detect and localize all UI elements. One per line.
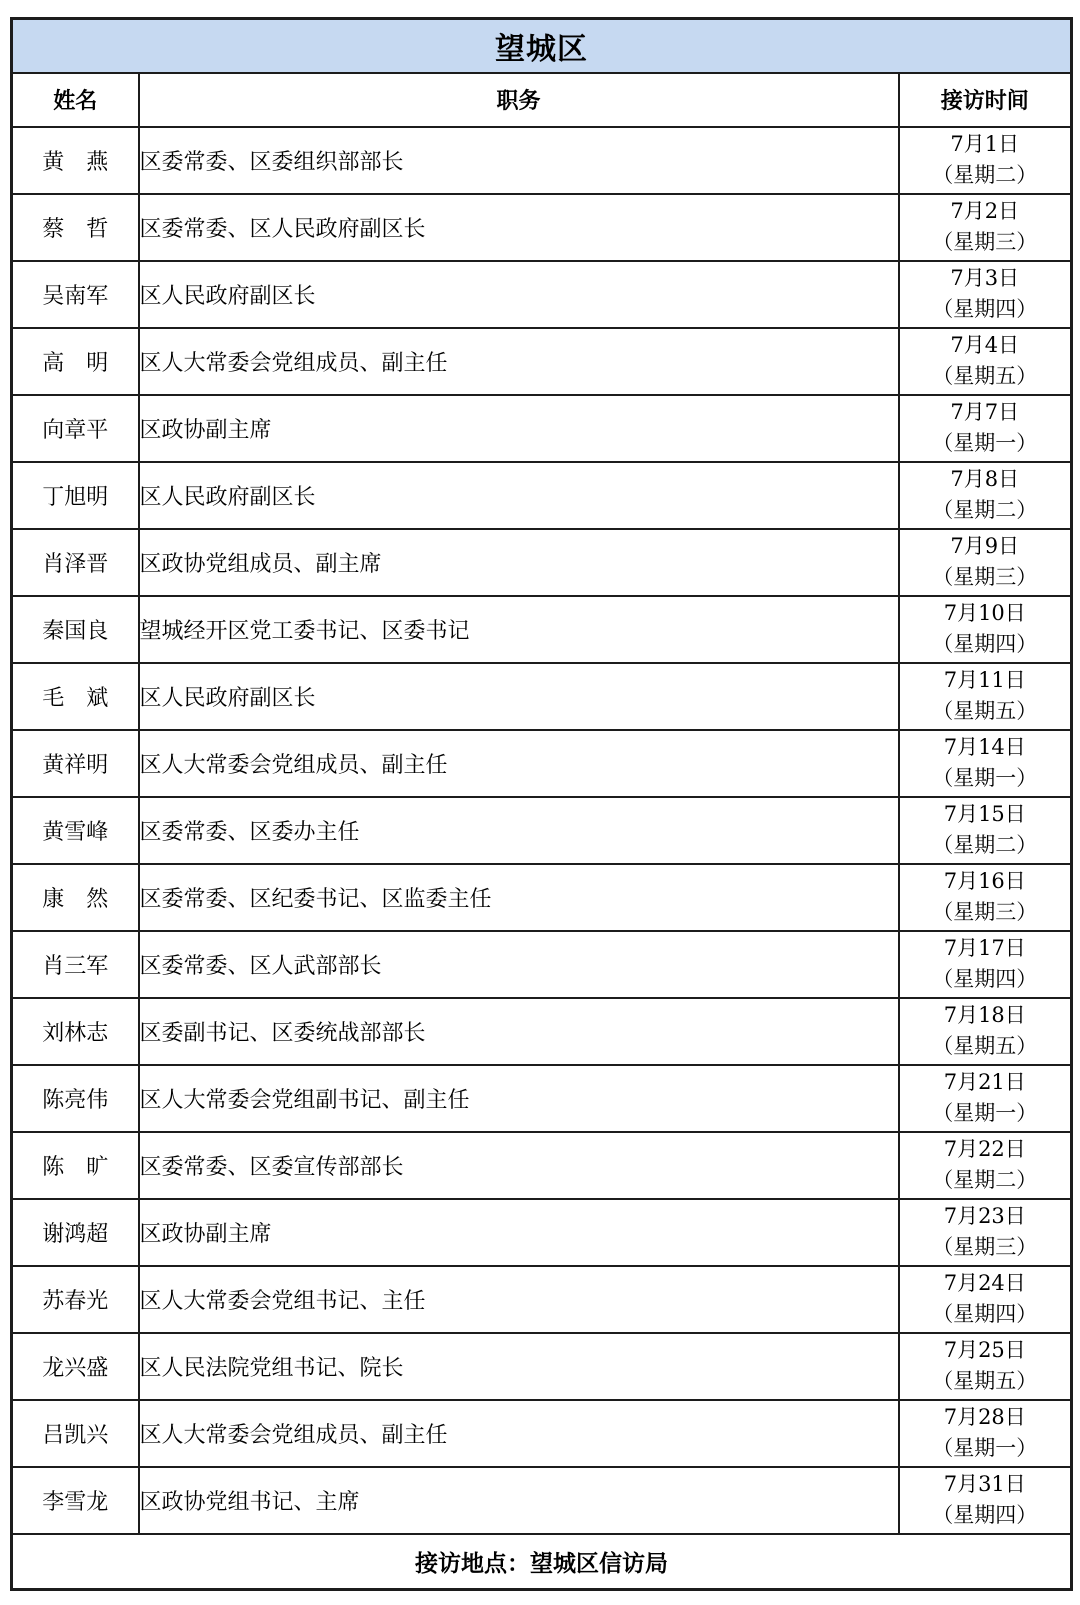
name-cell: 黄祥明: [12, 730, 139, 797]
date-text: 7月1日: [900, 129, 1071, 161]
table-row: 黄雪峰区委常委、区委办主任7月15日（星期二）: [12, 797, 1072, 864]
weekday-text: （星期一）: [900, 1098, 1071, 1130]
date-cell: 7月14日（星期一）: [899, 730, 1072, 797]
name-cell: 谢鸿超: [12, 1199, 139, 1266]
table-row: 蔡 哲区委常委、区人民政府副区长7月2日（星期三）: [12, 194, 1072, 261]
name-cell: 李雪龙: [12, 1467, 139, 1534]
weekday-text: （星期二）: [900, 830, 1071, 862]
weekday-text: （星期二）: [900, 495, 1071, 527]
date-cell: 7月9日（星期三）: [899, 529, 1072, 596]
name-cell: 龙兴盛: [12, 1333, 139, 1400]
date-text: 7月15日: [900, 799, 1071, 831]
position-cell: 区委常委、区人武部部长: [139, 931, 899, 998]
weekday-text: （星期一）: [900, 428, 1071, 460]
name-cell: 苏春光: [12, 1266, 139, 1333]
table-row: 刘林志区委副书记、区委统战部部长7月18日（星期五）: [12, 998, 1072, 1065]
weekday-text: （星期四）: [900, 629, 1071, 661]
position-cell: 区人大常委会党组成员、副主任: [139, 328, 899, 395]
date-cell: 7月4日（星期五）: [899, 328, 1072, 395]
date-cell: 7月11日（星期五）: [899, 663, 1072, 730]
column-header-name: 姓名: [12, 73, 139, 127]
position-cell: 区人大常委会党组副书记、副主任: [139, 1065, 899, 1132]
weekday-text: （星期四）: [900, 294, 1071, 326]
weekday-text: （星期二）: [900, 160, 1071, 192]
date-text: 7月17日: [900, 933, 1071, 965]
position-cell: 区人大常委会党组成员、副主任: [139, 730, 899, 797]
position-cell: 区人民政府副区长: [139, 663, 899, 730]
name-cell: 陈 旷: [12, 1132, 139, 1199]
table-row: 毛 斌区人民政府副区长7月11日（星期五）: [12, 663, 1072, 730]
weekday-text: （星期一）: [900, 1433, 1071, 1465]
position-cell: 区人民法院党组书记、院长: [139, 1333, 899, 1400]
name-cell: 秦国良: [12, 596, 139, 663]
date-text: 7月9日: [900, 531, 1071, 563]
column-header-time: 接访时间: [899, 73, 1072, 127]
date-text: 7月18日: [900, 1000, 1071, 1032]
date-text: 7月8日: [900, 464, 1071, 496]
date-cell: 7月15日（星期二）: [899, 797, 1072, 864]
date-cell: 7月18日（星期五）: [899, 998, 1072, 1065]
date-text: 7月2日: [900, 196, 1071, 228]
table-body: 黄 燕区委常委、区委组织部部长7月1日（星期二）蔡 哲区委常委、区人民政府副区长…: [12, 127, 1072, 1534]
weekday-text: （星期五）: [900, 1366, 1071, 1398]
table-row: 苏春光区人大常委会党组书记、主任7月24日（星期四）: [12, 1266, 1072, 1333]
table-row: 吴南军区人民政府副区长7月3日（星期四）: [12, 261, 1072, 328]
table-row: 肖三军区委常委、区人武部部长7月17日（星期四）: [12, 931, 1072, 998]
weekday-text: （星期三）: [900, 227, 1071, 259]
date-text: 7月11日: [900, 665, 1071, 697]
date-text: 7月14日: [900, 732, 1071, 764]
date-text: 7月4日: [900, 330, 1071, 362]
column-header-row: 姓名 职务 接访时间: [12, 73, 1072, 127]
date-cell: 7月28日（星期一）: [899, 1400, 1072, 1467]
position-cell: 区委副书记、区委统战部部长: [139, 998, 899, 1065]
table-row: 黄 燕区委常委、区委组织部部长7月1日（星期二）: [12, 127, 1072, 194]
date-cell: 7月25日（星期五）: [899, 1333, 1072, 1400]
name-cell: 吕凯兴: [12, 1400, 139, 1467]
date-cell: 7月17日（星期四）: [899, 931, 1072, 998]
date-text: 7月28日: [900, 1402, 1071, 1434]
name-cell: 丁旭明: [12, 462, 139, 529]
position-cell: 区政协党组书记、主席: [139, 1467, 899, 1534]
table-row: 吕凯兴区人大常委会党组成员、副主任7月28日（星期一）: [12, 1400, 1072, 1467]
name-cell: 高 明: [12, 328, 139, 395]
date-cell: 7月31日（星期四）: [899, 1467, 1072, 1534]
name-cell: 康 然: [12, 864, 139, 931]
name-cell: 刘林志: [12, 998, 139, 1065]
column-header-position: 职务: [139, 73, 899, 127]
name-cell: 陈亮伟: [12, 1065, 139, 1132]
name-cell: 黄 燕: [12, 127, 139, 194]
name-cell: 毛 斌: [12, 663, 139, 730]
table-footer-location: 接访地点：望城区信访局: [12, 1534, 1072, 1590]
weekday-text: （星期一）: [900, 763, 1071, 795]
position-cell: 望城经开区党工委书记、区委书记: [139, 596, 899, 663]
position-cell: 区委常委、区委办主任: [139, 797, 899, 864]
weekday-text: （星期四）: [900, 964, 1071, 996]
date-text: 7月16日: [900, 866, 1071, 898]
date-text: 7月31日: [900, 1469, 1071, 1501]
table-row: 黄祥明区人大常委会党组成员、副主任7月14日（星期一）: [12, 730, 1072, 797]
table-row: 康 然区委常委、区纪委书记、区监委主任7月16日（星期三）: [12, 864, 1072, 931]
document-page: 望城区 姓名 职务 接访时间 黄 燕区委常委、区委组织部部长7月1日（星期二）蔡…: [0, 0, 1080, 1591]
date-cell: 7月1日（星期二）: [899, 127, 1072, 194]
position-cell: 区委常委、区委宣传部部长: [139, 1132, 899, 1199]
weekday-text: （星期四）: [900, 1299, 1071, 1331]
table-row: 秦国良望城经开区党工委书记、区委书记7月10日（星期四）: [12, 596, 1072, 663]
footer-row: 接访地点：望城区信访局: [12, 1534, 1072, 1590]
table-row: 丁旭明区人民政府副区长7月8日（星期二）: [12, 462, 1072, 529]
weekday-text: （星期四）: [900, 1500, 1071, 1532]
name-cell: 肖三军: [12, 931, 139, 998]
title-row: 望城区: [12, 19, 1072, 73]
date-cell: 7月21日（星期一）: [899, 1065, 1072, 1132]
position-cell: 区政协党组成员、副主席: [139, 529, 899, 596]
table-row: 龙兴盛区人民法院党组书记、院长7月25日（星期五）: [12, 1333, 1072, 1400]
name-cell: 黄雪峰: [12, 797, 139, 864]
date-cell: 7月3日（星期四）: [899, 261, 1072, 328]
table-row: 肖泽晋区政协党组成员、副主席7月9日（星期三）: [12, 529, 1072, 596]
weekday-text: （星期三）: [900, 1232, 1071, 1264]
weekday-text: （星期三）: [900, 562, 1071, 594]
date-text: 7月21日: [900, 1067, 1071, 1099]
position-cell: 区政协副主席: [139, 1199, 899, 1266]
date-cell: 7月8日（星期二）: [899, 462, 1072, 529]
position-cell: 区人大常委会党组书记、主任: [139, 1266, 899, 1333]
date-text: 7月3日: [900, 263, 1071, 295]
date-text: 7月23日: [900, 1201, 1071, 1233]
name-cell: 吴南军: [12, 261, 139, 328]
name-cell: 向章平: [12, 395, 139, 462]
date-cell: 7月10日（星期四）: [899, 596, 1072, 663]
name-cell: 肖泽晋: [12, 529, 139, 596]
position-cell: 区人民政府副区长: [139, 261, 899, 328]
date-cell: 7月2日（星期三）: [899, 194, 1072, 261]
date-text: 7月22日: [900, 1134, 1071, 1166]
date-cell: 7月16日（星期三）: [899, 864, 1072, 931]
table-row: 陈 旷区委常委、区委宣传部部长7月22日（星期二）: [12, 1132, 1072, 1199]
weekday-text: （星期五）: [900, 1031, 1071, 1063]
table-row: 谢鸿超区政协副主席7月23日（星期三）: [12, 1199, 1072, 1266]
table-row: 高 明区人大常委会党组成员、副主任7月4日（星期五）: [12, 328, 1072, 395]
table-row: 向章平区政协副主席7月7日（星期一）: [12, 395, 1072, 462]
position-cell: 区政协副主席: [139, 395, 899, 462]
position-cell: 区委常委、区人民政府副区长: [139, 194, 899, 261]
date-text: 7月10日: [900, 598, 1071, 630]
reception-schedule-table: 望城区 姓名 职务 接访时间 黄 燕区委常委、区委组织部部长7月1日（星期二）蔡…: [10, 17, 1073, 1591]
name-cell: 蔡 哲: [12, 194, 139, 261]
date-text: 7月25日: [900, 1335, 1071, 1367]
date-cell: 7月7日（星期一）: [899, 395, 1072, 462]
date-cell: 7月24日（星期四）: [899, 1266, 1072, 1333]
table-row: 李雪龙区政协党组书记、主席7月31日（星期四）: [12, 1467, 1072, 1534]
position-cell: 区人大常委会党组成员、副主任: [139, 1400, 899, 1467]
date-cell: 7月23日（星期三）: [899, 1199, 1072, 1266]
weekday-text: （星期五）: [900, 696, 1071, 728]
date-cell: 7月22日（星期二）: [899, 1132, 1072, 1199]
position-cell: 区人民政府副区长: [139, 462, 899, 529]
weekday-text: （星期三）: [900, 897, 1071, 929]
weekday-text: （星期二）: [900, 1165, 1071, 1197]
position-cell: 区委常委、区纪委书记、区监委主任: [139, 864, 899, 931]
date-text: 7月7日: [900, 397, 1071, 429]
position-cell: 区委常委、区委组织部部长: [139, 127, 899, 194]
date-text: 7月24日: [900, 1268, 1071, 1300]
table-row: 陈亮伟区人大常委会党组副书记、副主任7月21日（星期一）: [12, 1065, 1072, 1132]
table-title: 望城区: [12, 19, 1072, 73]
weekday-text: （星期五）: [900, 361, 1071, 393]
